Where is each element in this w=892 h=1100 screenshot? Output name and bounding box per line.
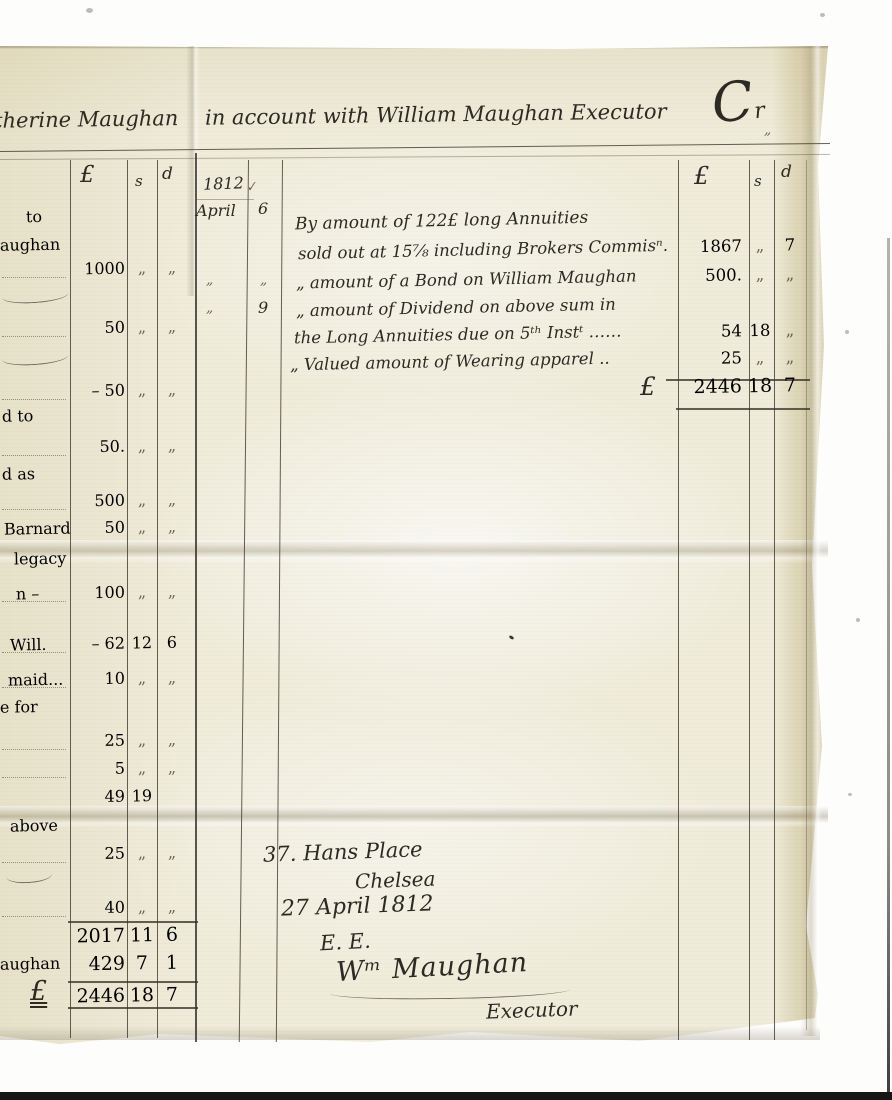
credit-shillings: 18 [748,321,772,340]
debit-pounds: 25 [70,731,125,751]
debit-total-rule-top [68,981,198,983]
credit-shillings-header: s [754,172,762,190]
debit-row: above [0,813,200,842]
debit-row: 5 „ „ [0,757,200,786]
credit-day: 9 [258,298,268,317]
debit-pounds: 50. [70,437,125,457]
debit-total-pence: 7 [157,983,187,1006]
scan-speck [86,8,93,13]
debit-pence: „ [157,489,187,509]
debit-shillings: „ [129,517,155,536]
debit-total-rule-bottom [68,1007,198,1009]
credit-right-edge-rule [806,160,807,1030]
debit-pence: 6 [157,632,187,652]
debit-total-shillings: 18 [129,984,155,1006]
debit-pounds: 10 [70,669,125,689]
credit-total-rule-bottom [676,408,810,410]
credit-shillings: „ [748,265,772,284]
debit-total-pounds: 2446 [70,985,125,1008]
credit-month: April [196,201,236,220]
credit-pence-column-rule [774,160,775,1040]
debit-pounds: 100 [70,583,125,603]
credit-day: 6 [258,199,268,218]
credit-total-shillings: 18 [748,375,772,397]
debit-subtotal-shillings: 11 [129,924,155,946]
scan-speck [848,793,852,796]
scanned-ledger-page: therine Maughan in account with William … [0,0,892,1100]
debit-row: to [0,204,200,233]
debit-subtotal-row: 2017 11 6 [0,923,200,952]
debit-fragment: d as [2,464,35,484]
debit-pence: „ [157,757,187,777]
credit-shillings: „ [748,348,772,367]
debit-row: Will. – 62 12 6 [0,632,200,661]
credit-shillings: „ [748,236,772,255]
credit-month: „ [206,300,213,316]
debit-shillings: „ [129,582,155,601]
debit-shillings: „ [129,730,155,749]
debit-subtotal-pounds: 2017 [70,925,125,948]
errors-excepted-initials: E. E. [319,929,371,956]
credit-total-pence: 7 [774,374,806,397]
debit-pounds: 49 [70,787,125,807]
credit-pence: „ [774,347,806,367]
credit-pence: 7 [774,235,806,255]
debit-subtotal-pence: 6 [157,923,187,946]
debit-pounds: 500 [70,491,125,511]
debit-subtotal-rule [68,921,198,923]
debit-fragment: Barnard [4,519,71,539]
dotted-leader [2,686,66,688]
debit-shillings: „ [129,897,155,916]
debit-fragment: to [26,207,42,226]
dotted-leader [2,651,66,653]
debit-row: d as [0,461,200,490]
debit-shillings: „ [129,843,155,862]
debit-row: Barnard 50 „ „ [0,516,200,545]
debit-fragment: e for [0,697,38,717]
credit-pence: „ [774,320,806,340]
executor-role-label: Executor [486,996,578,1023]
debit-pence-header: d [162,164,173,184]
credit-shillings-column-rule [749,160,750,1040]
debit-shillings-header: s [135,172,143,190]
debit-row: maid... 10 „ „ [0,667,200,696]
scan-speck [845,330,849,334]
credit-year: 1812 [203,173,244,193]
dotted-leader [2,861,66,863]
debit-pounds: – 62 [70,634,125,654]
debit-row: n – 100 „ „ [0,581,200,610]
credit-page-mark: Cr [710,77,766,128]
debit-fragment: above [10,816,58,836]
debit-carry-pounds: 429 [70,953,125,976]
debit-carry-shillings: 7 [129,952,155,974]
debit-pence: „ [157,729,187,749]
year-underline [196,199,254,200]
debit-shillings: „ [129,490,155,509]
credit-pounds: 500. [678,265,742,285]
debit-pounds-header: £ [80,162,95,188]
dotted-leader [2,915,66,917]
debit-pence: „ [157,581,187,601]
scanner-right-edge [887,238,890,1100]
debit-shillings: 12 [129,633,155,652]
debit-pence: „ [157,667,187,687]
debit-row: 500 „ „ [0,489,200,518]
debit-pence: „ [157,842,187,862]
debit-pence: „ [157,896,187,916]
credit-pence: „ [774,264,806,284]
dotted-leader [2,600,66,602]
debit-row: 49 19 [0,785,200,814]
scanner-bottom-bar [0,1092,892,1100]
credit-pounds: 1867 [678,236,742,256]
debit-pence [157,785,187,786]
debit-shillings: „ [129,436,155,455]
credit-total-pounds: 2446 [678,375,742,398]
ditto-under-page-mark: „ [764,122,771,138]
debit-row: e for [0,694,200,723]
debit-pounds: 25 [70,844,125,864]
credit-pence-header: d [781,162,792,182]
debit-shillings: „ [129,758,155,777]
debit-pence: „ [157,516,187,536]
signature-date: 27 April 1812 [281,891,434,921]
credit-pounds: 25 [678,348,742,368]
credit-pounds: 54 [678,321,742,341]
debit-shillings: 19 [129,786,155,805]
debit-fragment: aughan [0,954,60,974]
debit-row: legacy [0,546,200,575]
debit-pounds: 50 [70,518,125,538]
debit-row: 25 „ „ [0,729,200,758]
debit-fragment: legacy [14,549,67,569]
scan-speck [820,13,825,17]
debit-pounds: 40 [70,898,125,918]
debit-pence: „ [157,435,187,455]
dotted-leader [2,748,66,750]
debit-pounds: 5 [70,759,125,779]
scan-speck [856,618,860,622]
dotted-leader [2,454,66,456]
debit-shillings: „ [129,668,155,687]
debit-carry-pence: 1 [157,951,187,974]
dotted-leader [2,776,66,778]
dotted-leader [2,508,66,510]
credit-pounds-header: £ [694,162,709,190]
signature-address-line2: Chelsea [355,867,436,894]
debit-row: 50. „ „ [0,435,200,464]
